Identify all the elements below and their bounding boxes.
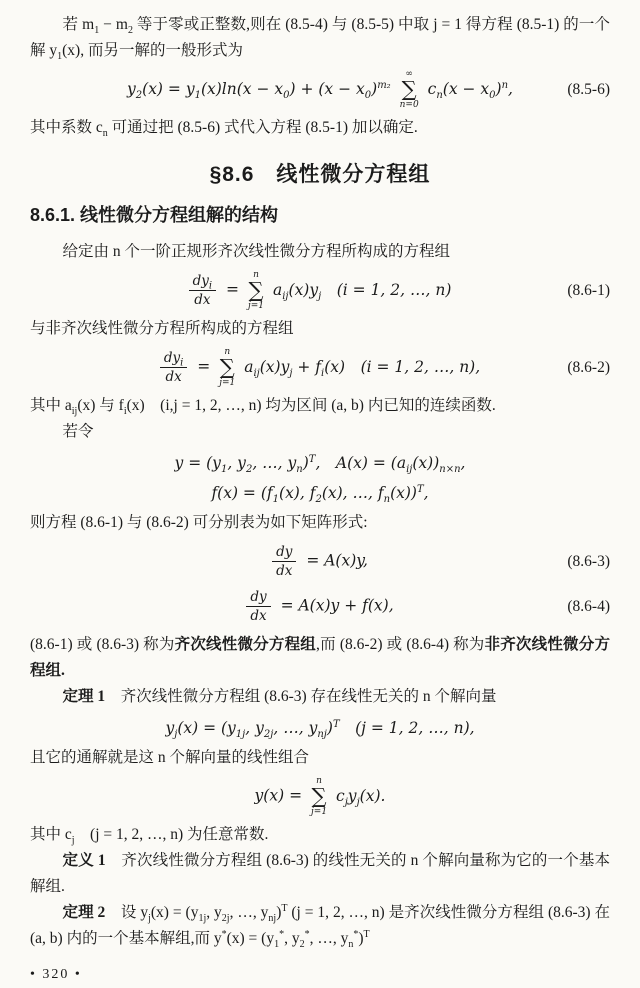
equation-body: f(x) = (f1(x), f2(x), …, fn(x))T, [211, 481, 428, 505]
equation-body: dy dx = A(x)y + f(x), [246, 589, 393, 624]
sigma-icon: ∑ [402, 79, 417, 100]
paragraph-theorem-1: 定理 1 齐次线性微分方程组 (8.6-3) 存在线性无关的 n 个解向量 [30, 684, 610, 710]
fraction-numerator: dy [246, 589, 270, 607]
equation-general-solution: y(x) = n ∑ j=1 cjyj(x). [30, 776, 610, 817]
naming-text-2: ,而 (8.6-2) 或 (8.6-4) 称为 [316, 636, 484, 653]
equation-8-6-2: dyi dx = n ∑ j=1 aij(x)yj + fi(x) (i = 1… [30, 347, 610, 388]
equation-vector-definition-2: f(x) = (f1(x), f2(x), …, fn(x))T, [30, 480, 610, 505]
equation-body: dyi dx = n ∑ j=1 aij(x)yj + fi(x) (i = 1… [160, 347, 480, 388]
equation-number: (8.6-3) [567, 550, 610, 574]
fraction: dy dx [246, 589, 270, 624]
summation: n ∑ j=1 [219, 347, 235, 388]
summation: n ∑ j=1 [248, 270, 264, 311]
fraction: dyi dx [189, 273, 216, 308]
book-page: 若 m1 − m2 等于零或正整数,则在 (8.5-4) 与 (8.5-5) 中… [0, 0, 640, 988]
equation-8-6-3: dy dx = A(x)y, (8.6-3) [30, 544, 610, 579]
summation: ∞ ∑ n=0 [400, 69, 419, 110]
equation-body: y2(x) = y1(x)ln(x − x0) + (x − x0)m₂ ∞ ∑… [127, 69, 513, 110]
sigma-icon: ∑ [248, 280, 263, 301]
paragraph-arbitrary-constants: 其中 cj (j = 1, 2, …, n) 为任意常数. [30, 822, 610, 848]
paragraph-intro: 若 m1 − m2 等于零或正整数,则在 (8.5-4) 与 (8.5-5) 中… [30, 12, 610, 64]
fraction-denominator: dx [189, 291, 216, 308]
paragraph-continuous-functions: 其中 aij(x) 与 fi(x) (i,j = 1, 2, …, n) 均为区… [30, 393, 610, 419]
fraction-numerator: dy [272, 544, 296, 562]
equation-body: y = (y1, y2, …, yn)T, A(x) = (aij(x))n×n… [175, 451, 466, 475]
equation-number: (8.6-2) [567, 356, 610, 380]
sigma-icon: ∑ [312, 786, 327, 807]
fraction-denominator: dx [160, 368, 187, 385]
sigma-icon: ∑ [220, 357, 235, 378]
sum-lower-limit: n=0 [400, 100, 419, 110]
definition-1-text: 齐次线性微分方程组 (8.6-3) 的线性无关的 n 个解向量称为它的一个基本解… [30, 852, 610, 895]
section-title: §8.6 线性微分方程组 [30, 161, 610, 189]
equals-sign: = [197, 358, 210, 376]
equation-body: dy dx = A(x)y, [272, 544, 368, 579]
equation-number: (8.6-1) [567, 279, 610, 303]
equation-number: (8.5-6) [567, 78, 610, 102]
sum-lower-limit: j=1 [311, 807, 327, 817]
fraction: dyi dx [160, 350, 187, 385]
equals-sign: = [226, 281, 239, 299]
paragraph-naming-systems: (8.6-1) 或 (8.6-3) 称为齐次线性微分方程组,而 (8.6-2) … [30, 632, 610, 684]
paragraph-theorem-2: 定理 2 设 yj(x) = (y1j, y2j, …, ynj)T (j = … [30, 900, 610, 952]
term-homogeneous-system: 齐次线性微分方程组 [175, 636, 316, 653]
equation-lhs: y2(x) = y1(x)ln(x − x0) + (x − x0)m₂ [127, 80, 391, 98]
equation-terms: cn(x − x0)n, [428, 80, 513, 98]
equation-solution-vectors: yj(x) = (y1j, y2j, …, ynj)T (j = 1, 2, …… [30, 715, 610, 740]
paragraph-definition-1: 定义 1 齐次线性微分方程组 (8.6-3) 的线性无关的 n 个解向量称为它的… [30, 848, 610, 900]
equation-terms: aij(x)yj + fi(x) (i = 1, 2, …, n), [244, 358, 480, 376]
page-number: • 320 • [30, 962, 610, 988]
fraction: dy dx [272, 544, 296, 579]
equation-8-6-1: dyi dx = n ∑ j=1 aij(x)yj (i = 1, 2, …, … [30, 270, 610, 311]
equation-terms: = A(x)y, [306, 552, 368, 570]
equation-number: (8.6-4) [567, 595, 610, 619]
equation-terms: aij(x)yj (i = 1, 2, …, n) [273, 281, 451, 299]
fraction-denominator: dx [246, 607, 270, 624]
summation: n ∑ j=1 [311, 776, 327, 817]
equation-body: dyi dx = n ∑ j=1 aij(x)yj (i = 1, 2, …, … [189, 270, 452, 311]
equation-lhs: y(x) = [255, 787, 303, 805]
fraction-numerator: dyi [160, 350, 187, 368]
paragraph-given-system: 给定由 n 个一阶正规形齐次线性微分方程所构成的方程组 [30, 239, 610, 265]
subsection-title: 8.6.1. 线性微分方程组解的结构 [30, 203, 610, 227]
fraction-denominator: dx [272, 562, 296, 579]
paragraph-nonhomogeneous: 与非齐次线性微分方程所构成的方程组 [30, 316, 610, 342]
sum-lower-limit: j=1 [219, 378, 235, 388]
naming-text-1: (8.6-1) 或 (8.6-3) 称为 [30, 636, 175, 653]
equation-terms: = A(x)y + f(x), [281, 597, 394, 615]
definition-1-label: 定义 1 [63, 852, 106, 869]
fraction-numerator: dyi [189, 273, 216, 291]
equation-8-5-6: y2(x) = y1(x)ln(x − x0) + (x − x0)m₂ ∞ ∑… [30, 69, 610, 110]
sum-lower-limit: j=1 [248, 301, 264, 311]
theorem-2-text: 设 yj(x) = (y1j, y2j, …, ynj)T (j = 1, 2,… [30, 904, 610, 947]
theorem-2-label: 定理 2 [63, 904, 106, 921]
equation-terms: cjyj(x). [336, 787, 385, 805]
equation-body: y(x) = n ∑ j=1 cjyj(x). [255, 776, 386, 817]
theorem-1-text: 齐次线性微分方程组 (8.6-3) 存在线性无关的 n 个解向量 [105, 688, 496, 705]
equation-vector-definition-1: y = (y1, y2, …, yn)T, A(x) = (aij(x))n×n… [30, 450, 610, 475]
paragraph-coefficient-note: 其中系数 cn 可通过把 (8.5-6) 式代入方程 (8.5-1) 加以确定. [30, 115, 610, 141]
paragraph-if-let: 若令 [30, 419, 610, 445]
theorem-1-label: 定理 1 [63, 688, 106, 705]
equation-body: yj(x) = (y1j, y2j, …, ynj)T (j = 1, 2, …… [165, 716, 474, 740]
paragraph-general-solution-intro: 且它的通解就是这 n 个解向量的线性组合 [30, 745, 610, 771]
paragraph-matrix-form: 则方程 (8.6-1) 与 (8.6-2) 可分别表为如下矩阵形式: [30, 510, 610, 536]
equation-8-6-4: dy dx = A(x)y + f(x), (8.6-4) [30, 589, 610, 624]
